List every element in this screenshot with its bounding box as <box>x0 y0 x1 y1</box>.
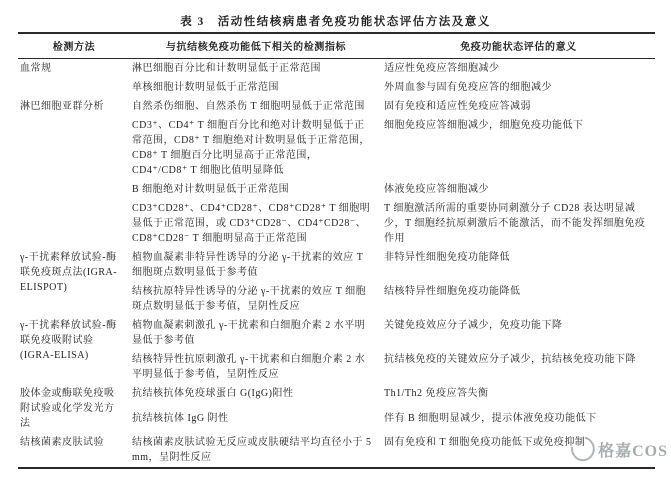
meaning-cell: 适应性免疫应答细胞减少 <box>382 59 655 79</box>
table-body: 血常规淋巴细胞百分比和计数明显低于正常范围适应性免疫应答细胞减少单核细胞计数明显… <box>18 59 655 469</box>
indicator-cell: 抗结核抗体 IgG 阴性 <box>130 409 382 434</box>
meaning-cell: 固有免疫和适应性免疫应答减弱 <box>382 97 655 116</box>
column-header-meaning: 免疫功能状态评估的意义 <box>382 33 655 59</box>
indicator-cell: 单核细胞计数明显低于正常范围 <box>130 78 382 97</box>
table-row: 结核菌素皮肤试验结核菌素皮肤试验无反应或皮肤硬结平均直径小于 5 mm，呈阴性反… <box>18 433 655 468</box>
method-cell: γ-干扰素释放试验-酶联免疫吸附试验(IGRA-ELISA) <box>18 316 130 384</box>
indicator-cell: 结核特异性抗原刺激孔 γ-干扰素和白细胞介素 2 水平明显低于参考值，呈阴性反应 <box>130 350 382 384</box>
indicator-cell: 自然杀伤细胞、自然杀伤 T 细胞明显低于正常范围 <box>130 97 382 116</box>
meaning-cell: 体液免疫应答细胞减少 <box>382 180 655 199</box>
method-cell: 结核菌素皮肤试验 <box>18 433 130 468</box>
meaning-cell: 固有免疫和 T 细胞免疫功能低下或免疫抑制 <box>382 433 655 468</box>
table-row: 淋巴细胞亚群分析自然杀伤细胞、自然杀伤 T 细胞明显低于正常范围固有免疫和适应性… <box>18 97 655 116</box>
method-cell: 淋巴细胞亚群分析 <box>18 97 130 248</box>
indicator-cell: 抗结核抗体免疫球蛋白 G(IgG)阳性 <box>130 384 382 409</box>
indicator-cell: CD3⁺、CD4⁺ T 细胞百分比和绝对计数明显低于正常范围，CD8⁺ T 细胞… <box>130 116 382 180</box>
meaning-cell: 外周血参与固有免疫应答的细胞减少 <box>382 78 655 97</box>
table-row: γ-干扰素释放试验-酶联免疫斑点法(IGRA-ELISPOT)植物血凝素非特异性… <box>18 248 655 282</box>
table-row: γ-干扰素释放试验-酶联免疫吸附试验(IGRA-ELISA)植物血凝素刺激孔 γ… <box>18 316 655 350</box>
method-cell: 血常规 <box>18 59 130 98</box>
column-header-method: 检测方法 <box>18 33 130 59</box>
meaning-cell: Th1/Th2 免疫应答失衡 <box>382 384 655 409</box>
indicator-cell: 淋巴细胞百分比和计数明显低于正常范围 <box>130 59 382 79</box>
meaning-cell: 关键免疫效应分子减少，免疫功能下降 <box>382 316 655 350</box>
table-head: 检测方法 与抗结核免疫功能低下相关的检测指标 免疫功能状态评估的意义 <box>18 33 655 59</box>
meaning-cell: 伴有 B 细胞明显减少，提示体液免疫功能低下 <box>382 409 655 434</box>
table-row: 胶体金或酶联免疫吸附试验或化学发光方法抗结核抗体免疫球蛋白 G(IgG)阳性Th… <box>18 384 655 409</box>
table-header-row: 检测方法 与抗结核免疫功能低下相关的检测指标 免疫功能状态评估的意义 <box>18 33 655 59</box>
indicator-cell: B 细胞绝对计数明显低于正常范围 <box>130 180 382 199</box>
indicator-cell: 植物血凝素非特异性诱导的分泌 γ-干扰素的效应 T 细胞斑点数明显低于参考值 <box>130 248 382 282</box>
meaning-cell: 细胞免疫应答细胞减少，细胞免疫功能低下 <box>382 116 655 180</box>
method-cell: γ-干扰素释放试验-酶联免疫斑点法(IGRA-ELISPOT) <box>18 248 130 316</box>
meaning-cell: 非特异性细胞免疫功能降低 <box>382 248 655 282</box>
indicator-cell: 结核菌素皮肤试验无反应或皮肤硬结平均直径小于 5 mm，呈阴性反应 <box>130 433 382 468</box>
assessment-table: 检测方法 与抗结核免疫功能低下相关的检测指标 免疫功能状态评估的意义 血常规淋巴… <box>18 32 655 469</box>
meaning-cell: 结核特异性细胞免疫功能降低 <box>382 282 655 316</box>
page: 表 3 活动性结核病患者免疫功能状态评估方法及意义 检测方法 与抗结核免疫功能低… <box>0 0 671 479</box>
table-caption: 表 3 活动性结核病患者免疫功能状态评估方法及意义 <box>0 0 671 32</box>
indicator-cell: 植物血凝素刺激孔 γ-干扰素和白细胞介素 2 水平明显低于参考值 <box>130 316 382 350</box>
method-cell: 胶体金或酶联免疫吸附试验或化学发光方法 <box>18 384 130 433</box>
meaning-cell: T 细胞激活所需的重要协同刺激分子 CD28 表达明显减少，T 细胞经抗原刺激后… <box>382 199 655 248</box>
meaning-cell: 抗结核免疫的关键效应分子减少，抗结核免疫功能下降 <box>382 350 655 384</box>
table-row: 血常规淋巴细胞百分比和计数明显低于正常范围适应性免疫应答细胞减少 <box>18 59 655 79</box>
column-header-indicator: 与抗结核免疫功能低下相关的检测指标 <box>130 33 382 59</box>
indicator-cell: 结核抗原特异性诱导的分泌 γ-干扰素的效应 T 细胞斑点数明显低于参考值，呈阴性… <box>130 282 382 316</box>
indicator-cell: CD3⁺CD28⁺、CD4⁺CD28⁺、CD8⁺CD28⁺ T 细胞明显低于正常… <box>130 199 382 248</box>
